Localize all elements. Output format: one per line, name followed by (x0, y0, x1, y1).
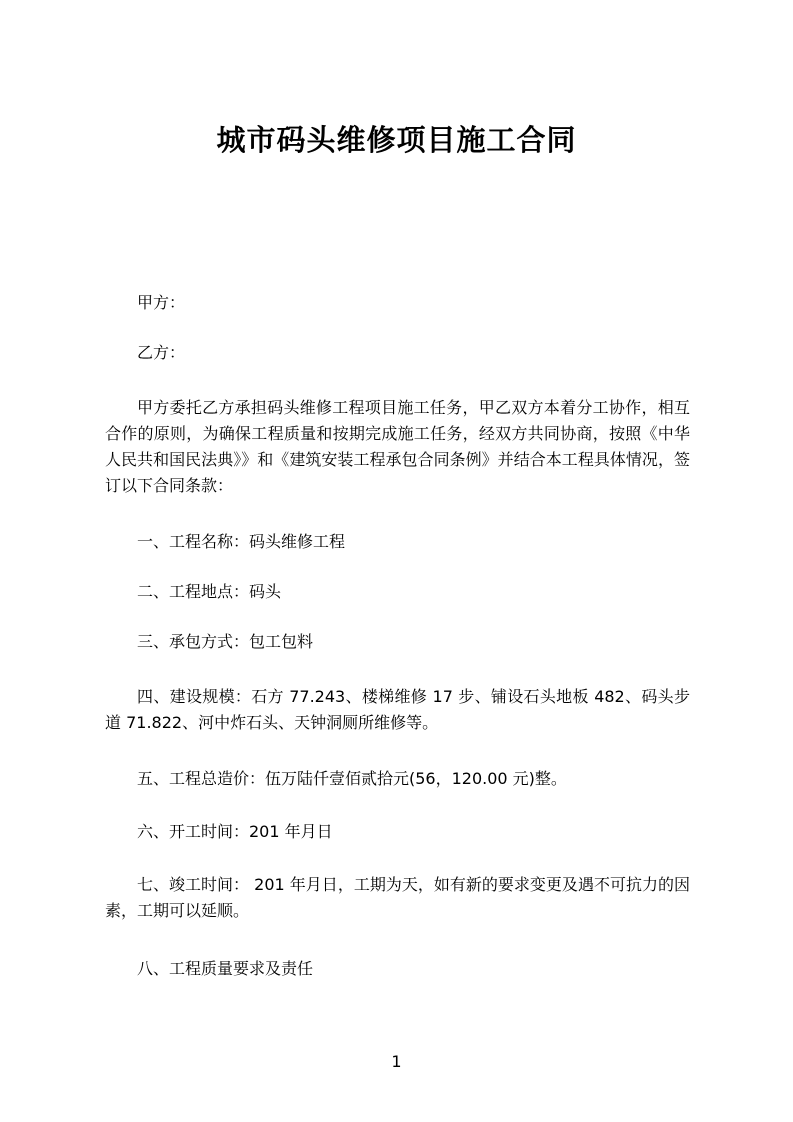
party-a-line: 甲方： (105, 290, 690, 316)
contract-title: 城市码头维修项目施工合同 (0, 120, 793, 160)
intro-paragraph: 甲方委托乙方承担码头维修工程项目施工任务，甲乙双方本着分工协作，相互合作的原则，… (105, 395, 690, 499)
clause-1-project-name: 一、工程名称：码头维修工程 (105, 529, 690, 555)
clause-8-quality-requirements: 八、工程质量要求及责任 (105, 956, 690, 982)
clause-3-contract-method: 三、承包方式：包工包料 (105, 629, 690, 655)
clause-6-start-date: 六、开工时间：201 年月日 (105, 819, 690, 845)
document-body: 甲方： 乙方： 甲方委托乙方承担码头维修工程项目施工任务，甲乙双方本着分工协作，… (105, 290, 690, 982)
page-number: 1 (0, 1049, 793, 1075)
clause-5-total-cost: 五、工程总造价：伍万陆仟壹佰贰拾元(56，120.00 元)整。 (105, 766, 690, 792)
clause-7-completion-date: 七、竣工时间： 201 年月日，工期为天，如有新的要求变更及遇不可抗力的因素，工… (105, 872, 690, 924)
clause-2-project-location: 二、工程地点：码头 (105, 579, 690, 605)
clause-4-construction-scale: 四、建设规模：石方 77.243、楼梯维修 17 步、铺设石头地板 482、码头… (105, 684, 690, 736)
document-page: 城市码头维修项目施工合同 甲方： 乙方： 甲方委托乙方承担码头维修工程项目施工任… (0, 0, 793, 1122)
party-b-line: 乙方： (105, 340, 690, 366)
